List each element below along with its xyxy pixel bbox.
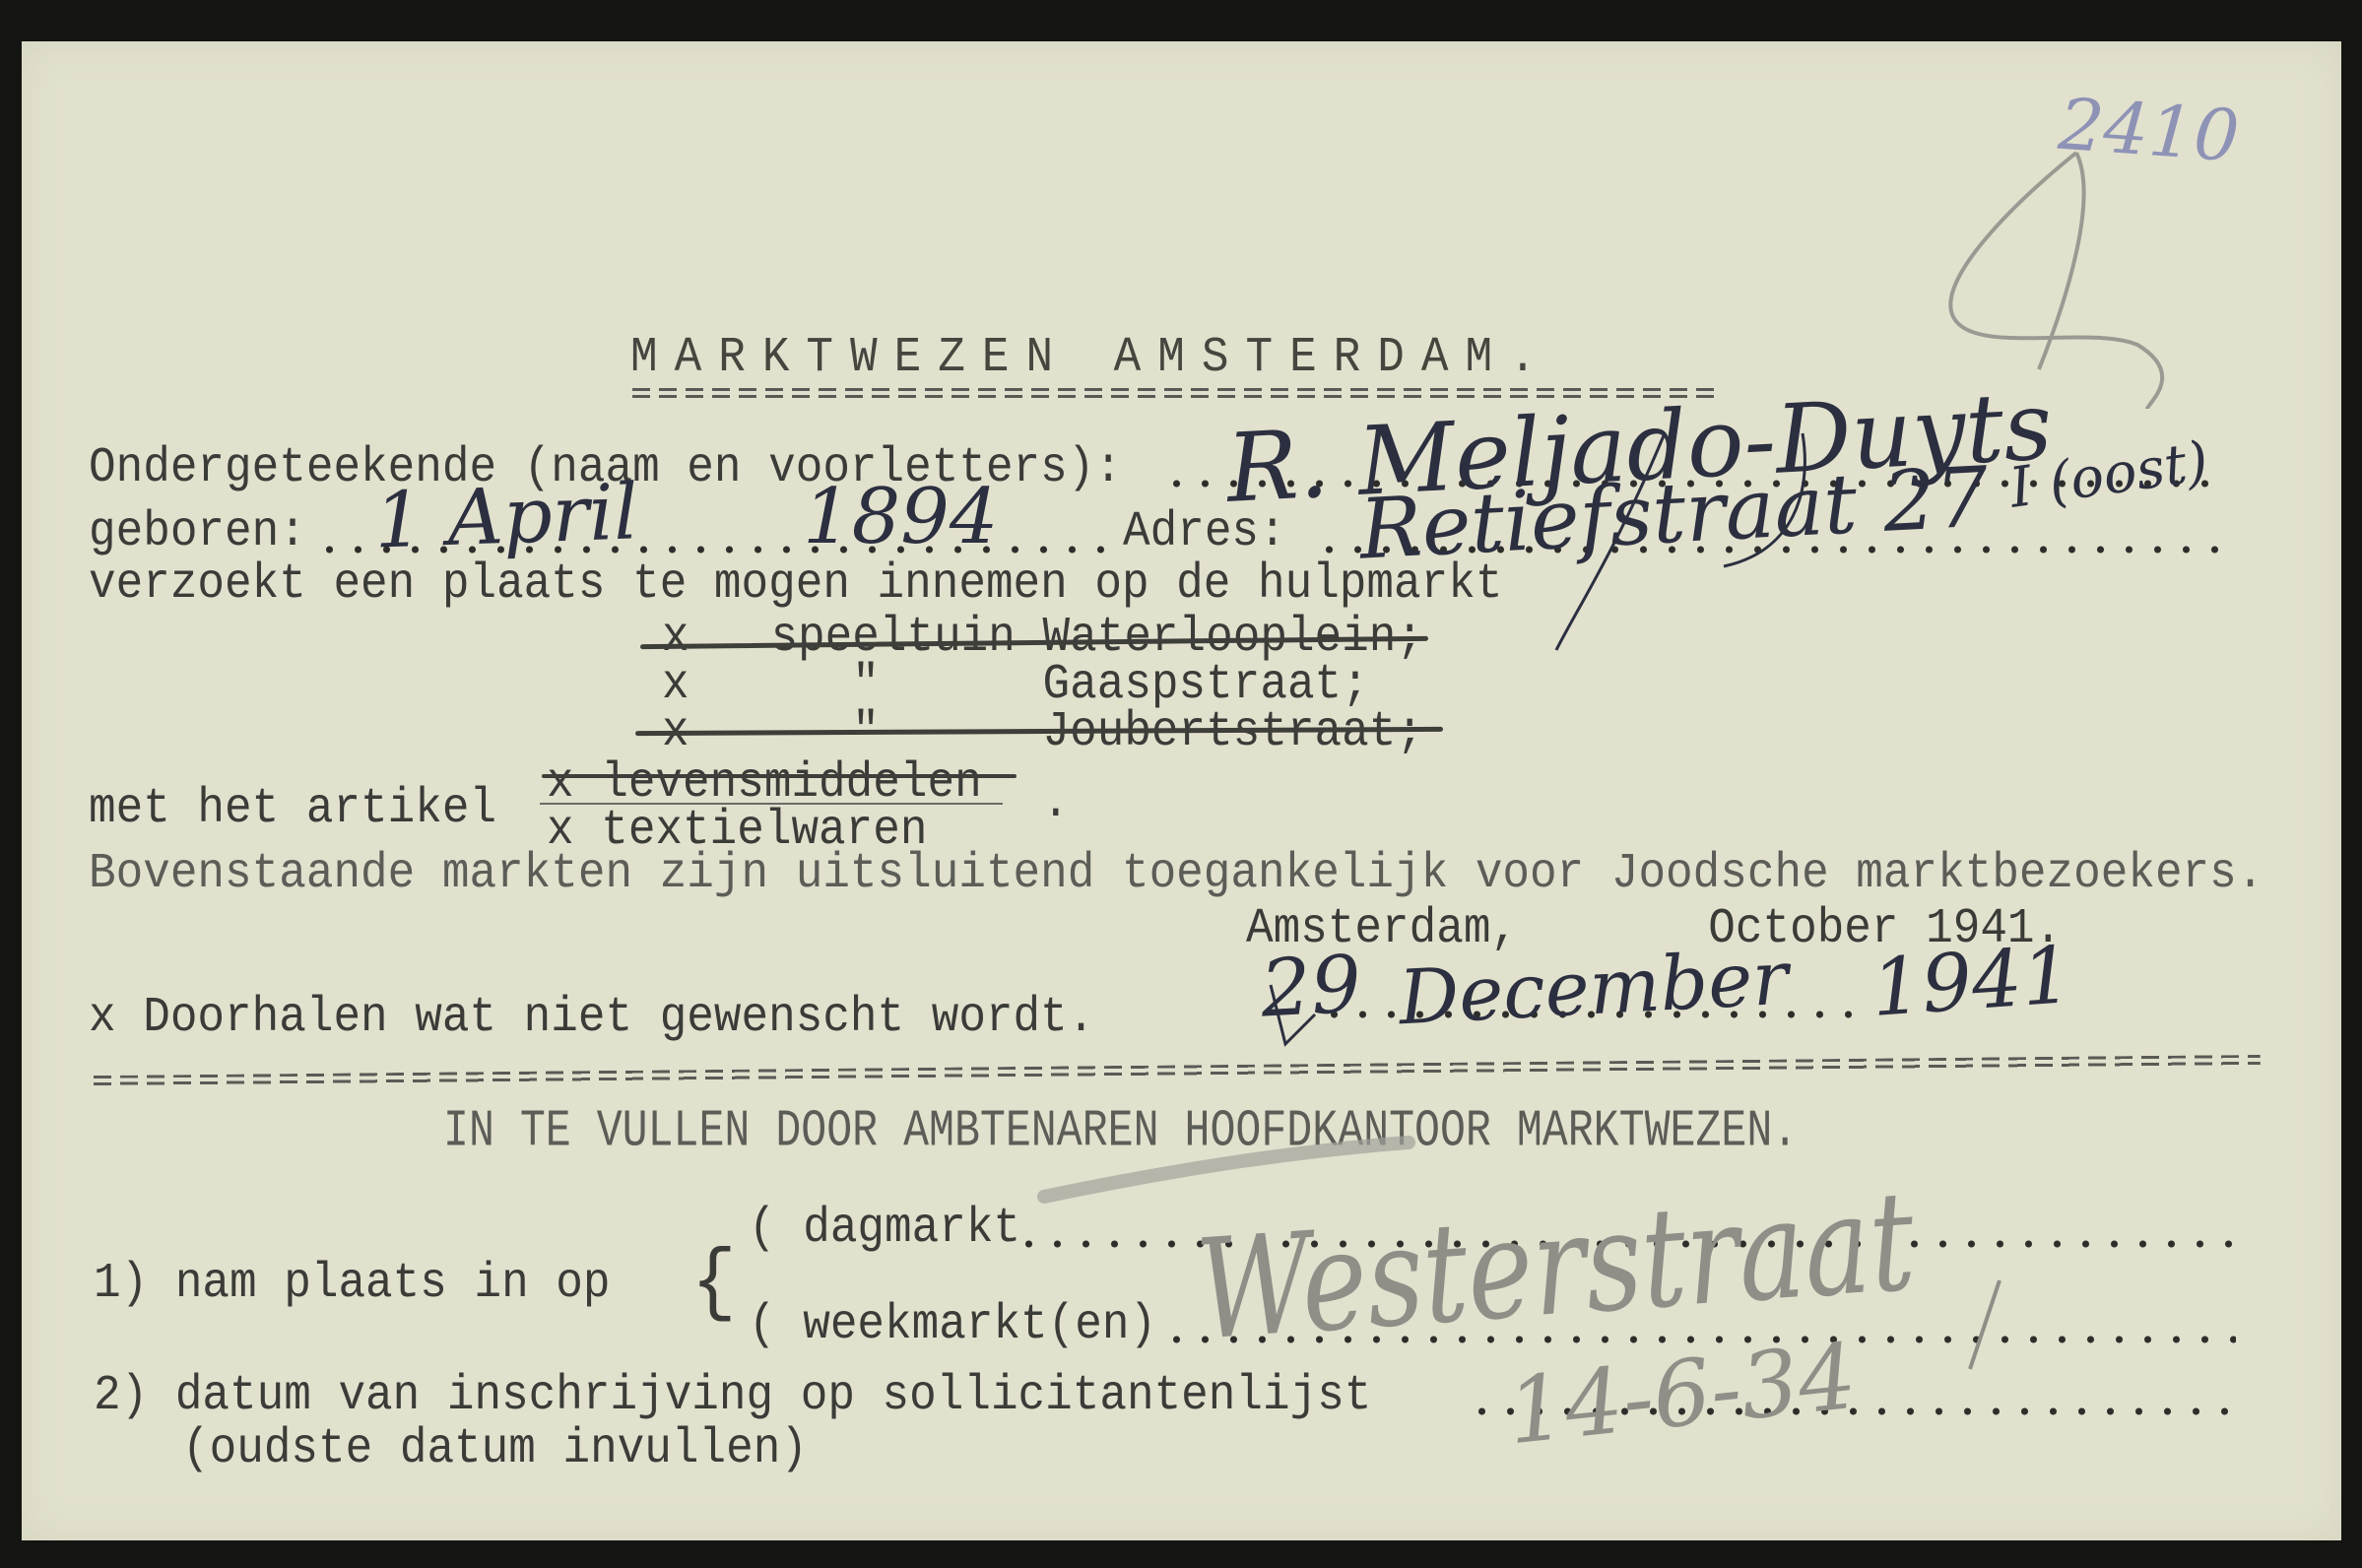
article-option-levensmiddelen: x levensmiddelen xyxy=(547,758,982,808)
item2-label: 2) datum van inschrijving op sollicitant… xyxy=(94,1371,1371,1420)
item2-subtext: (oudste datum invullen) xyxy=(182,1424,808,1473)
notice-jewish-only: Bovenstaande markten zijn uitsluitend to… xyxy=(89,849,2264,898)
date-handwritten-year: 1941 xyxy=(1869,929,2075,1034)
address-label: Adres: xyxy=(1123,507,1286,556)
born-label: geboren: xyxy=(89,507,306,556)
strike-line-levensmiddelen xyxy=(542,774,1017,778)
request-text: verzoekt een plaats te mogen innemen op … xyxy=(89,559,1502,609)
day-market-label: ( dagmarkt xyxy=(749,1204,1020,1253)
document-title: MARKTWEZEN AMSTERDAM. xyxy=(630,333,1553,382)
official-section-heading: IN TE VULLEN DOOR AMBTENAREN HOOFDKANTOO… xyxy=(443,1105,1798,1157)
market-item-2: x " Gaaspstraat; xyxy=(662,660,1369,709)
item1-label: 1) nam plaats in op xyxy=(94,1259,611,1308)
brace: { xyxy=(691,1243,737,1324)
top-right-pencil-number: 2410 xyxy=(2056,83,2242,178)
born-handwritten-date: 1 April xyxy=(373,468,640,565)
article-end-period: . xyxy=(1042,778,1070,827)
week-market-label: ( weekmarkt(en) xyxy=(749,1300,1156,1349)
article-label: met het artikel xyxy=(89,784,496,833)
date-handwritten-day: 29 xyxy=(1259,938,1364,1034)
strike-instruction: x Doorhalen wat niet gewenscht wordt. xyxy=(89,993,1094,1042)
born-handwritten-year: 1894 xyxy=(803,473,999,561)
